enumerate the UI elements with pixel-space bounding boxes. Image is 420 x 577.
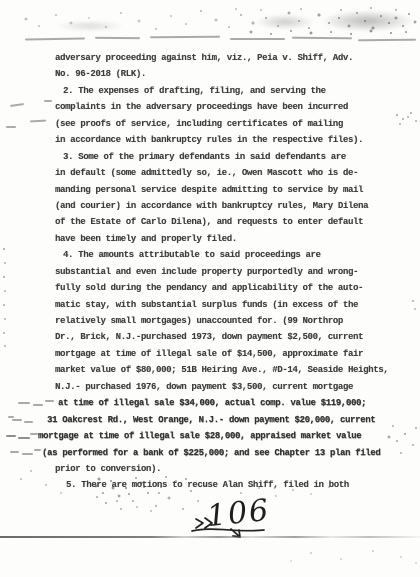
text-line: fully sold during the pendancy and appli… xyxy=(0,280,420,296)
text-line: (as performed for a bank of $225,000; an… xyxy=(0,445,420,461)
text-line: relatively small mortgages) unaccounted … xyxy=(0,313,420,329)
text-line: 5. There are motions to recuse Alan Shif… xyxy=(0,477,420,493)
text-line: in default (some admittedly so, ie., Owe… xyxy=(0,165,420,181)
scan-smudge xyxy=(255,14,315,30)
text-line: (see proofs of service, including certif… xyxy=(0,116,420,132)
text-line: 2. The expenses of drafting, filing, and… xyxy=(0,83,420,99)
scan-noise-bottom xyxy=(0,0,2,2)
text-line: matic stay, with substantial surplus fun… xyxy=(0,297,420,313)
text-line: mortgage at time of illegal sale $28,000… xyxy=(0,428,420,444)
scanned-document-page: adversary proceeding against him, viz., … xyxy=(0,0,420,577)
text-line: No. 96-2018 (RLK). xyxy=(0,66,420,82)
text-line: have been timely and properly filed. xyxy=(0,231,420,247)
text-line: 3. Some of the primary defendants in sai… xyxy=(0,149,420,165)
text-line: mortgage at time of illegal sale of $14,… xyxy=(0,346,420,362)
scan-fold-line xyxy=(0,536,420,538)
text-line: at time of illegal sale $34,000, actual … xyxy=(0,395,420,411)
scan-streak xyxy=(230,38,285,40)
scan-streak xyxy=(150,36,220,38)
text-line: complaints in the adversary proceedings … xyxy=(0,99,420,115)
text-line: of the Estate of Carlo Dilena), and requ… xyxy=(0,214,420,230)
document-text: adversary proceeding against him, viz., … xyxy=(0,50,420,494)
scan-streak xyxy=(95,37,140,39)
text-line: (and courier) in accordance with bankrup… xyxy=(0,198,420,214)
scan-smudge xyxy=(320,10,415,32)
scan-streak xyxy=(292,37,352,39)
handwritten-page-number: 106 xyxy=(206,496,272,532)
text-line: market value of $80,000; 51B Heiring Ave… xyxy=(0,362,420,378)
text-line: N.J.- purchased 1976, down payment $3,50… xyxy=(0,379,420,395)
text-line: prior to conversion). xyxy=(0,461,420,477)
text-line: 31 Oakcrest Rd., West Orange, N.J.- down… xyxy=(0,412,420,428)
scan-streak xyxy=(25,37,85,40)
text-line: in accordance with bankruptcy rules in t… xyxy=(0,132,420,148)
text-line: substantial and even include property pu… xyxy=(0,264,420,280)
text-line: 4. The amounts attributable to said proc… xyxy=(0,247,420,263)
scan-smudge xyxy=(55,20,125,32)
scan-streak xyxy=(358,39,416,41)
text-line: Dr., Brick, N.J.-purchased 1973, down pa… xyxy=(0,329,420,345)
text-line: manding personal service despite admitti… xyxy=(0,182,420,198)
page-number-text: 106 xyxy=(205,493,272,534)
text-line: adversary proceeding against him, viz., … xyxy=(0,50,420,66)
